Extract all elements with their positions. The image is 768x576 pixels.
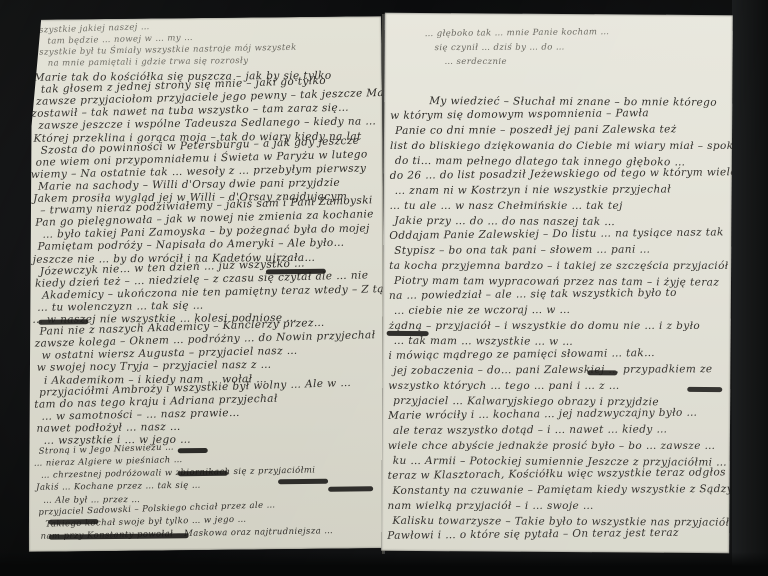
handwritten-line: … tu wolenczyzn … tak się … bbox=[37, 299, 204, 313]
handwritten-line: na mnie pamiętali i gdzie trwa się rozro… bbox=[48, 56, 249, 69]
ink-strikethrough bbox=[266, 269, 326, 275]
handwritten-line: wszystko których … tego … pani i … z … bbox=[388, 380, 619, 392]
handwritten-line: Oddajam Panie Zalewskiej – Do listu … na… bbox=[389, 226, 724, 242]
ink-strikethrough bbox=[178, 471, 228, 477]
frame-edge bbox=[732, 0, 768, 576]
handwritten-line: … nieraz Algiere w pieśniach … bbox=[34, 455, 183, 469]
handwritten-line: Jakiś … Kochane przez … tak się … bbox=[36, 481, 201, 493]
handwritten-line: żądną – przyjaciół – i wszystkie do domu… bbox=[389, 320, 700, 332]
handwritten-line: … tu ale … w nasz Chełmińskie … tak tej bbox=[390, 200, 623, 212]
handwritten-line: … głęboko tak … mnie Panie kocham … bbox=[425, 27, 610, 39]
handwritten-line: w którym się domowym wspomnienia – Pawła bbox=[390, 107, 649, 122]
handwritten-line: i mówiąc mądrego ze pamięci słowami … ta… bbox=[388, 347, 655, 362]
ink-strikethrough bbox=[687, 387, 722, 392]
handwritten-line: na … powiedział – ale … się tak wszystki… bbox=[389, 287, 677, 302]
handwritten-line: … Ale był … przez … bbox=[43, 495, 140, 506]
handwritten-line: zawsze jeszcze i wspólne Tadeusza Sedlan… bbox=[38, 116, 376, 132]
handwritten-line: w swojej nocy Tryja – przyjaciel nasz z … bbox=[37, 359, 272, 374]
handwritten-line: My wiedzieć – Słuchał mi znane – bo mnie… bbox=[429, 95, 717, 109]
handwritten-line: ale teraz wszystko dotąd – i … nawet … k… bbox=[393, 423, 667, 436]
handwritten-line: … serdecznie bbox=[445, 57, 507, 67]
handwritten-line: jej zobaczenia – do… pani Zalewskiej … p… bbox=[393, 363, 712, 377]
handwritten-line: Pamiętam podróży – Napisała do Ameryki –… bbox=[38, 237, 345, 253]
manuscript-page-right: … głęboko tak … mnie Panie kocham …się c… bbox=[381, 13, 733, 553]
handwritten-line: … znam ni w Kostrzyn i nie wszystkie prz… bbox=[395, 183, 671, 196]
handwritten-line: Konstanty na czuwanie – Pamiętam kiedy w… bbox=[393, 483, 733, 497]
handwritten-line: nawet podłożył … nasz … bbox=[36, 421, 180, 435]
handwritten-line: ta kocha przyjemna bardzo – i takiej ze … bbox=[389, 260, 728, 272]
ink-strikethrough bbox=[387, 331, 429, 336]
handwritten-line: przyjaciel … Kalwaryjskiego obrazy i prz… bbox=[393, 395, 659, 408]
handwritten-line: Kalisku towarzysze – Takie było to wszys… bbox=[392, 515, 733, 529]
manuscript-page-left: wszystkie jakiej naszej …tam będzie … no… bbox=[23, 16, 387, 552]
ink-strikethrough bbox=[38, 319, 88, 325]
ink-strikethrough bbox=[587, 370, 617, 375]
handwritten-line: list do bliskiego dziękowania do Ciebie … bbox=[390, 140, 733, 152]
ink-strikethrough bbox=[328, 486, 373, 491]
frame-bottom-shadow bbox=[0, 552, 768, 576]
ink-strikethrough bbox=[48, 519, 98, 525]
ink-strikethrough bbox=[278, 479, 328, 485]
handwritten-line: Pawłowi i … o które się pytała – On tera… bbox=[387, 527, 679, 542]
handwritten-line: nam wielką przyjaciół – i … swoje … bbox=[387, 500, 593, 512]
handwritten-line: … ciebie nie ze wczoraj … w … bbox=[394, 304, 571, 317]
handwritten-line: Stypisz – bo ona tak pani – słowem … pan… bbox=[394, 244, 650, 257]
handwritten-line: do 26 … do list posadził Jeżewskiego od … bbox=[390, 166, 733, 182]
ink-strikethrough bbox=[178, 448, 208, 453]
handwritten-line: wiele chce abyście jednakże prosić było … bbox=[388, 440, 716, 452]
handwritten-line: teraz w Klasztorach, Kościółku więc wszy… bbox=[388, 466, 733, 482]
handwritten-line: Jakie przy … do … do nas naszej tak … bbox=[394, 215, 615, 228]
handwritten-line: się czynił … dziś by … do … bbox=[435, 42, 565, 53]
handwritten-line: … tak mam … wszystkie … w … bbox=[394, 335, 574, 348]
handwritten-line: Panie co dni mnie – poszedł jej pani Zal… bbox=[395, 123, 677, 136]
handwritten-line: Marie wróciły i … kochana … jej nadzwycz… bbox=[388, 407, 697, 422]
